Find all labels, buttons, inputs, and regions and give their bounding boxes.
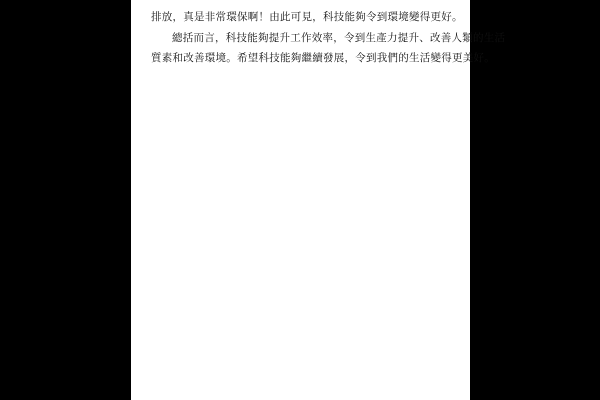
text-line: 排放，真是非常環保啊！由此可見，科技能夠令到環境變得更好。 xyxy=(151,7,458,28)
text-line: 質素和改善環境。希望科技能夠繼續發展，令到我們的生活變得更美好。 xyxy=(151,48,458,69)
text-line: 總括而言，科技能夠提升工作效率，令到生產力提升、改善人類的生活 xyxy=(151,28,458,49)
document-page: 排放，真是非常環保啊！由此可見，科技能夠令到環境變得更好。 總括而言，科技能夠提… xyxy=(131,0,470,400)
document-viewer: 排放，真是非常環保啊！由此可見，科技能夠令到環境變得更好。 總括而言，科技能夠提… xyxy=(0,0,600,400)
paragraph-continuation: 排放，真是非常環保啊！由此可見，科技能夠令到環境變得更好。 xyxy=(151,7,458,28)
paragraph-conclusion: 總括而言，科技能夠提升工作效率，令到生產力提升、改善人類的生活 質素和改善環境。… xyxy=(151,28,458,69)
